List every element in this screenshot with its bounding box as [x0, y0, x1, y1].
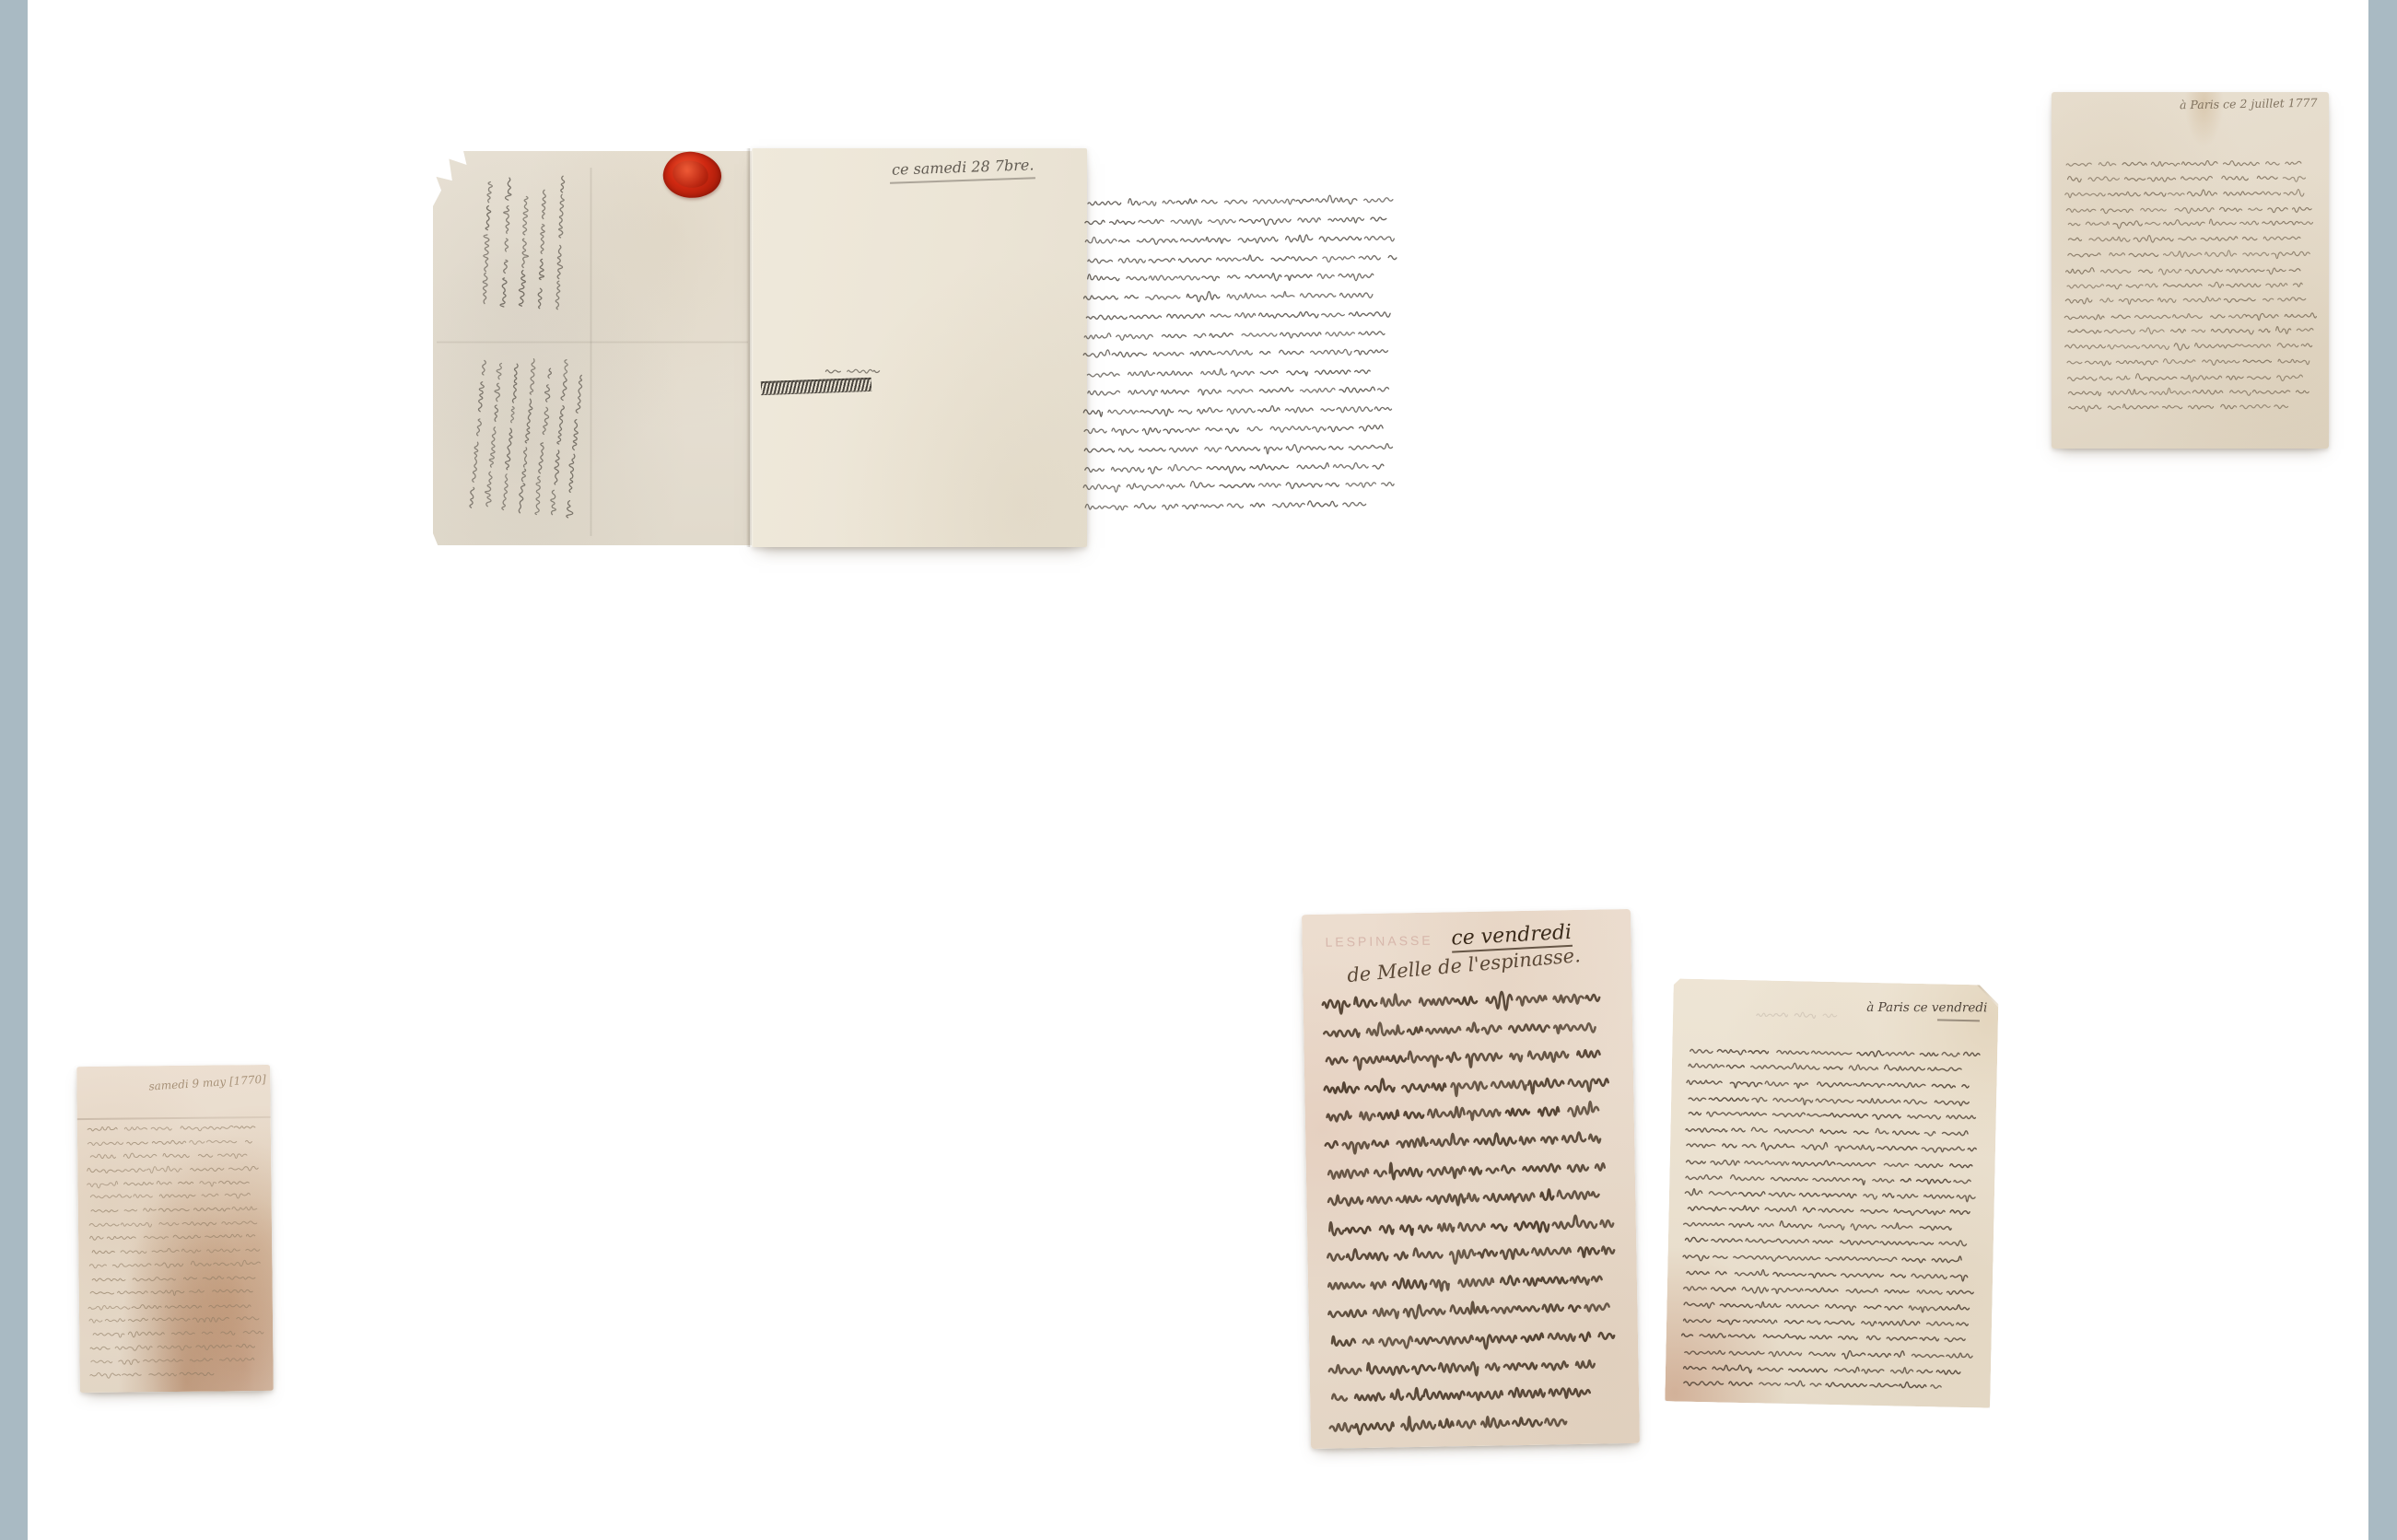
letter-text-leaf: ce samedi 28 7bre. [752, 148, 1087, 547]
letter-lespinasse: LESPINASSE ce vendredi de Melle de l'esp… [1302, 909, 1640, 1449]
letter-folded-with-wax-seal: ce samedi 28 7bre. [433, 148, 1087, 547]
letter-paris-vendredi: à Paris ce vendredi [1665, 978, 1999, 1407]
handwriting-body [1674, 1044, 1989, 1411]
address-script-lower [464, 346, 601, 524]
handwriting-body [2061, 155, 2321, 431]
left-border-strip [0, 0, 28, 1540]
handwriting-body [1315, 986, 1630, 1443]
letter-date-header: samedi 9 may [1770] [148, 1073, 266, 1093]
address-script-upper [475, 171, 579, 314]
letter-paris-1777: à Paris ce 2 juillet 1777 [2052, 92, 2329, 449]
letter-date-header: à Paris ce 2 juillet 1777 [2180, 96, 2318, 112]
letter-samedi-9-may: samedi 9 may [1770] [76, 1065, 274, 1393]
catalog-page: ce samedi 28 7bre. à Paris ce 2 juillet … [0, 0, 2397, 1540]
inserted-correction-word [824, 366, 883, 379]
right-border-strip [2368, 0, 2397, 1540]
handwriting-body [1078, 194, 1402, 531]
letter-date-header: à Paris ce vendredi [1866, 1000, 1987, 1015]
vertical-crease [590, 168, 592, 536]
pencil-annotation: LESPINASSE [1325, 933, 1432, 950]
horizontal-crease [437, 341, 748, 344]
pencil-mark [1751, 1008, 1839, 1026]
fold-crease [746, 148, 754, 547]
letter-date-header: ce samedi 28 7bre. [892, 156, 1035, 178]
header-underline-flourish [890, 177, 1035, 184]
header-underline [1937, 1019, 1980, 1021]
handwriting-body [83, 1120, 268, 1389]
